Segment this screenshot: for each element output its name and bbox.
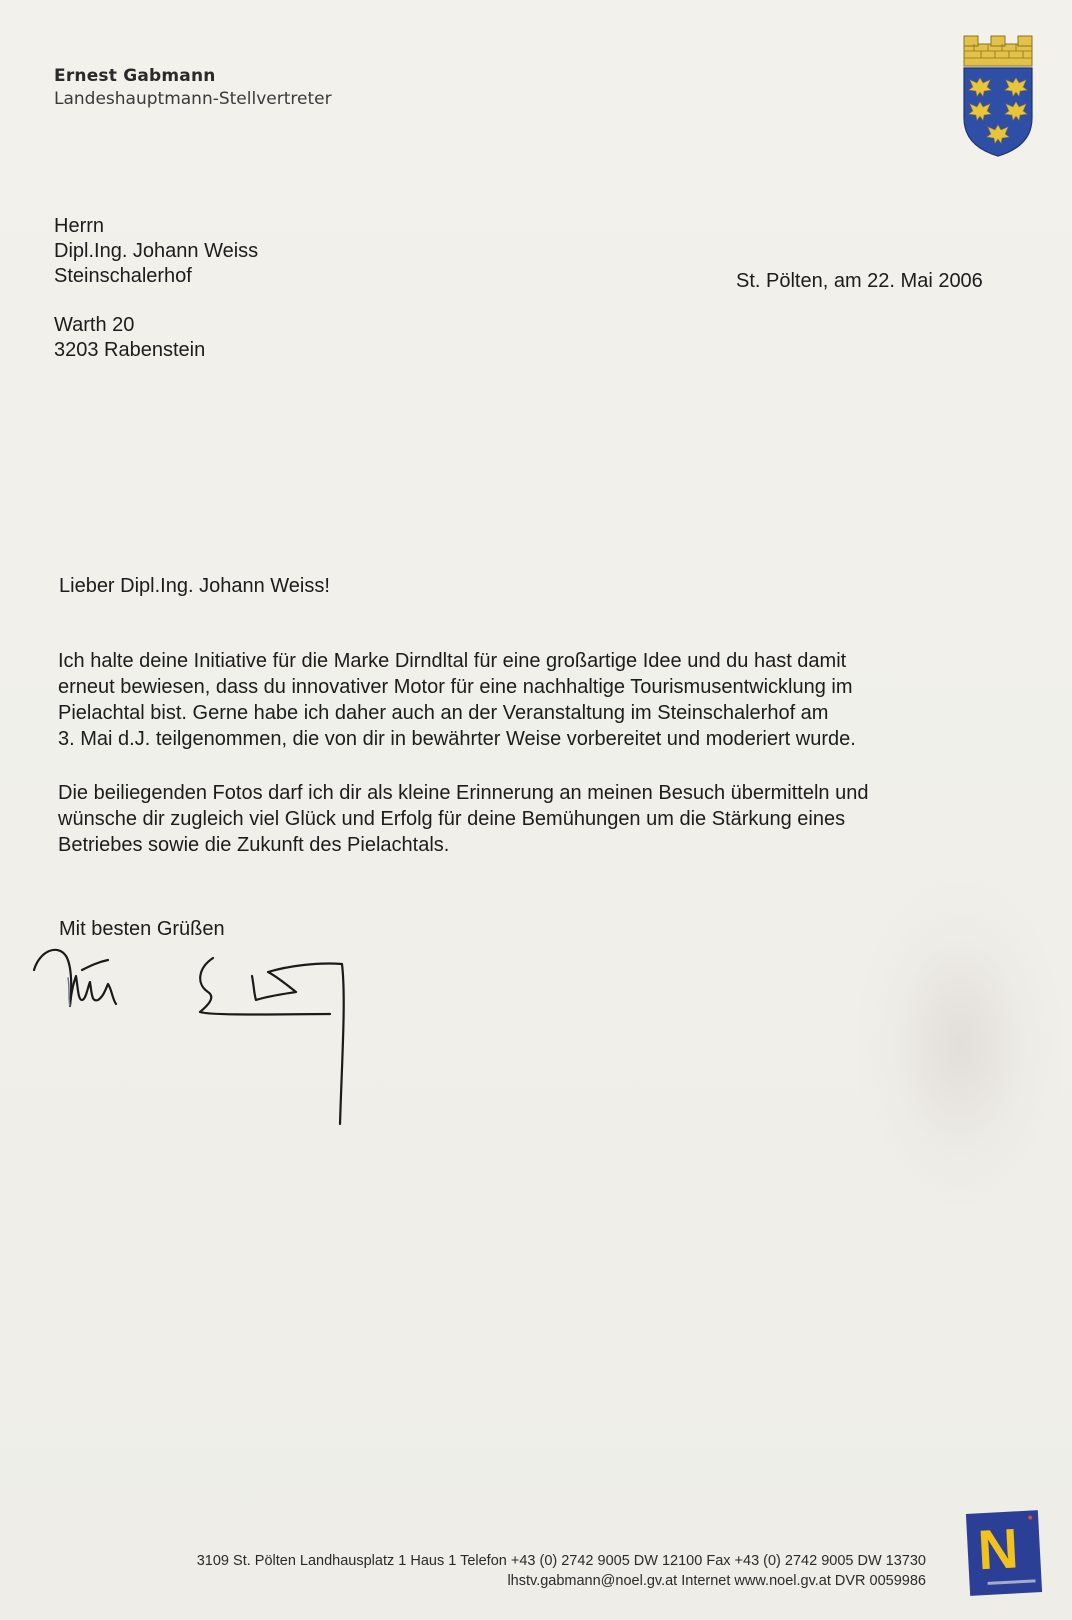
signature-icon [28,948,368,1148]
body-line: Pielachtal bist. Gerne habe ich daher au… [58,700,856,726]
body-line: Ich halte deine Initiative für die Marke… [58,648,856,674]
letter-footer: 3109 St. Pölten Landhausplatz 1 Haus 1 T… [197,1551,926,1591]
body-line: Die beiliegenden Fotos darf ich dir als … [58,780,868,806]
body-line: Betriebes sowie die Zukunft des Pielacht… [58,832,868,858]
sender-name: Ernest Gabmann [54,66,332,86]
recipient-organization: Steinschalerhof [54,264,258,289]
recipient-salutation-line: Herrn [54,214,258,239]
recipient-city: 3203 Rabenstein [54,338,258,363]
greeting: Lieber Dipl.Ing. Johann Weiss! [59,575,330,598]
sender-title: Landeshauptmann-Stellvertreter [54,89,332,109]
logo-letter: N [976,1515,1020,1582]
footer-contact-line: lhstv.gabmann@noel.gv.at Internet www.no… [197,1571,926,1591]
recipient-address: Herrn Dipl.Ing. Johann Weiss Steinschale… [54,214,258,363]
closing: Mit besten Grüßen [59,918,225,941]
recipient-name: Dipl.Ing. Johann Weiss [54,239,258,264]
footer-address-line: 3109 St. Pölten Landhausplatz 1 Haus 1 T… [197,1551,926,1571]
body-line: 3. Mai d.J. teilgenommen, die von dir in… [58,726,856,752]
letter-date: St. Pölten, am 22. Mai 2006 [736,270,983,293]
body-paragraph-1: Ich halte deine Initiative für die Marke… [58,648,856,752]
coat-of-arms-icon [962,34,1034,158]
letterhead-sender: Ernest Gabmann Landeshauptmann-Stellvert… [54,66,332,109]
body-line: erneut bewiesen, dass du innovativer Mot… [58,674,856,700]
logo-dot [1028,1515,1032,1519]
recipient-street: Warth 20 [54,313,258,338]
body-line: wünsche dir zugleich viel Glück und Erfo… [58,806,868,832]
niederoesterreich-logo-icon: N [966,1510,1042,1596]
paper-smudge [860,880,1060,1210]
body-paragraph-2: Die beiliegenden Fotos darf ich dir als … [58,780,868,858]
